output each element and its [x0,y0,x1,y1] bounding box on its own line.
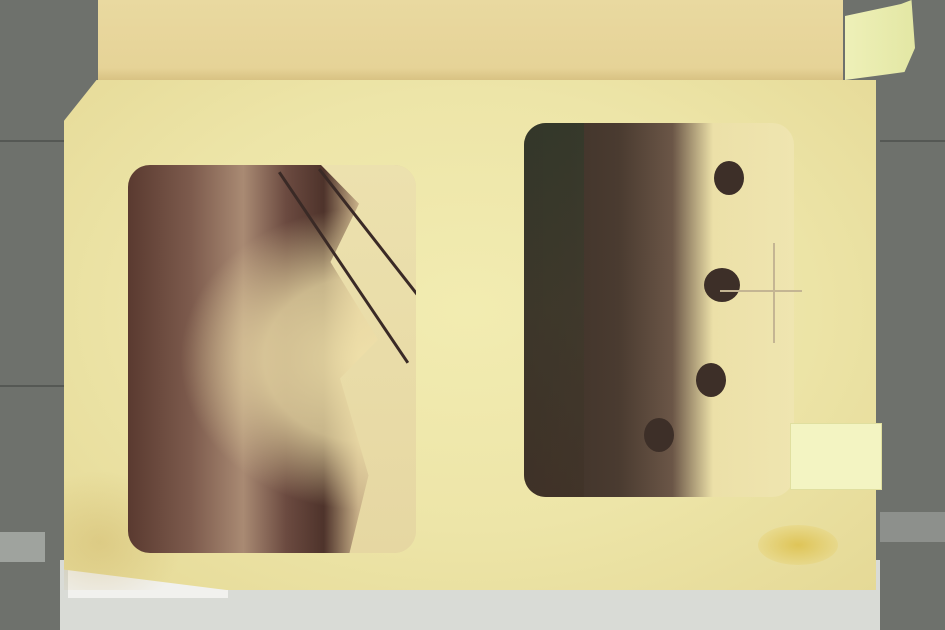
raised-cap [696,363,726,397]
paper-flag-top [845,0,915,80]
right-photo [524,123,794,497]
paper-flag-right [790,423,882,490]
scene [0,0,945,630]
tape-strip [880,512,945,542]
pole [773,243,775,343]
tape-strip [0,532,45,562]
page-stain [758,525,838,565]
left-photo [128,165,416,553]
raised-cap [714,161,744,195]
table-seam [880,140,945,142]
photo-grass [524,123,584,497]
folded-top-leaf [98,0,843,81]
photo-sky [321,165,416,553]
raised-cap [704,268,740,302]
pole-crossbar [720,290,802,292]
raised-cap [644,418,674,452]
table-seam [0,385,64,387]
